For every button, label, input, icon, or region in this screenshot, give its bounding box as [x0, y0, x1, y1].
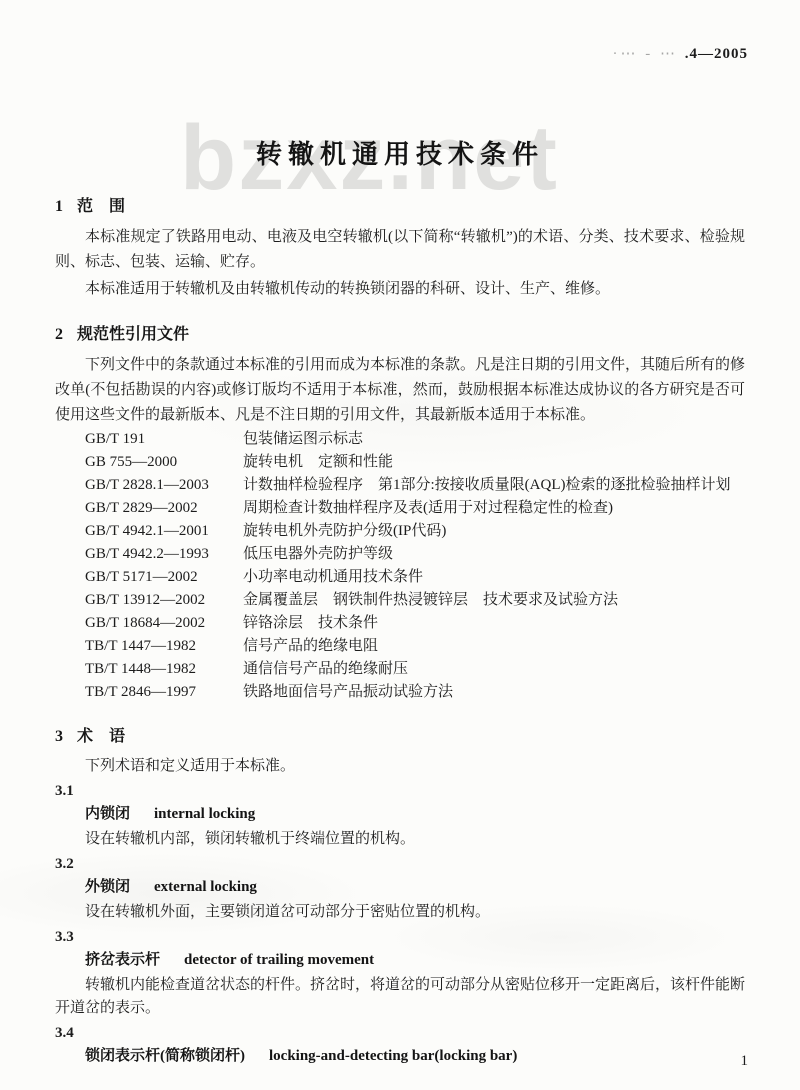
paragraph: 设在转辙机外面，主要锁闭道岔可动部分于密贴位置的机构。	[55, 901, 745, 924]
section-number: 2	[55, 326, 63, 343]
reference-item: GB/T 4942.1—2001旋转电机外壳防护分级(IP代码)	[55, 520, 745, 543]
reference-item: GB/T 18684—2002锌铬涂层 技术条件	[55, 612, 745, 635]
paragraph: 设在转辙机内部，锁闭转辙机于终端位置的机构。	[55, 828, 745, 851]
term-line: 锁闭表示杆(简称锁闭杆)locking-and-detecting bar(lo…	[55, 1045, 745, 1068]
term-chinese: 锁闭表示杆(简称锁闭杆)	[85, 1048, 245, 1064]
term-chinese: 内锁闭	[85, 806, 130, 822]
reference-item: TB/T 1447—1982信号产品的绝缘电阻	[55, 635, 745, 658]
reference-title: 金属覆盖层 钢铁制件热浸镀锌层 技术要求及试验方法	[243, 592, 618, 608]
reference-title: 低压电器外壳防护等级	[243, 546, 393, 562]
reference-item: GB/T 4942.2—1993低压电器外壳防护等级	[55, 543, 745, 566]
reference-title: 锌铬涂层 技术条件	[243, 615, 378, 631]
reference-item: GB/T 13912—2002金属覆盖层 钢铁制件热浸镀锌层 技术要求及试验方法	[55, 589, 745, 612]
reference-title: 旋转电机外壳防护分级(IP代码)	[243, 523, 446, 539]
term-line: 内锁闭internal locking	[55, 803, 745, 826]
reference-title: 计数抽样检验程序 第1部分:按接收质量限(AQL)检索的逐批检验抽样计划	[243, 477, 731, 493]
document-content: 转辙机通用技术条件 1范 围本标准规定了铁路用电动、电液及电空转辙机(以下简称“…	[0, 0, 800, 1068]
page-number: 1	[741, 1053, 749, 1070]
clause-number: 3.4	[55, 1022, 745, 1045]
reference-code: TB/T 2846—1997	[85, 681, 243, 704]
term-english: internal locking	[154, 806, 255, 822]
reference-item: GB/T 2828.1—2003计数抽样检验程序 第1部分:按接收质量限(AQL…	[55, 474, 745, 497]
term-english: locking-and-detecting bar(locking bar)	[269, 1048, 517, 1064]
term-chinese: 挤岔表示杆	[85, 952, 160, 968]
paragraph: 本标准规定了铁路用电动、电液及电空转辙机(以下简称“转辙机”)的术语、分类、技术…	[55, 225, 745, 275]
reference-item: GB/T 2829—2002周期检查计数抽样程序及表(适用于对过程稳定性的检查)	[55, 497, 745, 520]
reference-item: TB/T 2846—1997铁路地面信号产品振动试验方法	[55, 681, 745, 704]
reference-title: 旋转电机 定额和性能	[243, 454, 393, 470]
section-title: 术 语	[77, 728, 125, 745]
term-line: 挤岔表示杆detector of trailing movement	[55, 949, 745, 972]
reference-title: 包装储运图示标志	[243, 431, 363, 447]
reference-item: GB/T 5171—2002小功率电动机通用技术条件	[55, 566, 745, 589]
section-heading: 1范 围	[55, 194, 745, 219]
term-english: detector of trailing movement	[184, 952, 374, 968]
reference-code: GB/T 4942.1—2001	[85, 520, 243, 543]
reference-code: GB/T 5171—2002	[85, 566, 243, 589]
paragraph: 下列文件中的条款通过本标准的引用而成为本标准的条款。凡是注日期的引用文件，其随后…	[55, 353, 745, 428]
section-number: 1	[55, 198, 63, 215]
reference-item: GB/T 191包装储运图示标志	[55, 428, 745, 451]
section-title: 范 围	[77, 198, 125, 215]
document-page: ·⋯ ‑ ⋯ .4—2005 bzxz.net 转辙机通用技术条件 1范 围本标…	[0, 0, 800, 1090]
document-title: 转辙机通用技术条件	[55, 136, 745, 174]
section-heading: 3术 语	[55, 724, 745, 749]
clause-number: 3.2	[55, 853, 745, 876]
reference-title: 通信信号产品的绝缘耐压	[243, 661, 408, 677]
reference-title: 小功率电动机通用技术条件	[243, 569, 423, 585]
reference-code: TB/T 1447—1982	[85, 635, 243, 658]
reference-code: GB 755—2000	[85, 451, 243, 474]
reference-item: GB 755—2000旋转电机 定额和性能	[55, 451, 745, 474]
reference-code: GB/T 2828.1—2003	[85, 474, 243, 497]
section-number: 3	[55, 728, 63, 745]
reference-code: GB/T 13912—2002	[85, 589, 243, 612]
section-title: 规范性引用文件	[77, 326, 189, 343]
paragraph: 下列术语和定义适用于本标准。	[55, 755, 745, 778]
reference-code: GB/T 4942.2—1993	[85, 543, 243, 566]
reference-code: GB/T 191	[85, 428, 243, 451]
section-heading: 2规范性引用文件	[55, 322, 745, 347]
reference-code: GB/T 2829—2002	[85, 497, 243, 520]
document-body: 1范 围本标准规定了铁路用电动、电液及电空转辙机(以下简称“转辙机”)的术语、分…	[55, 194, 745, 1068]
term-chinese: 外锁闭	[85, 879, 130, 895]
paragraph: 转辙机内能检查道岔状态的杆件。挤岔时，将道岔的可动部分从密贴位移开一定距离后，该…	[55, 974, 745, 1020]
reference-code: GB/T 18684—2002	[85, 612, 243, 635]
clause-number: 3.1	[55, 780, 745, 803]
reference-title: 信号产品的绝缘电阻	[243, 638, 378, 654]
term-line: 外锁闭external locking	[55, 876, 745, 899]
reference-title: 周期检查计数抽样程序及表(适用于对过程稳定性的检查)	[243, 500, 613, 516]
term-english: external locking	[154, 879, 257, 895]
clause-number: 3.3	[55, 926, 745, 949]
reference-code: TB/T 1448—1982	[85, 658, 243, 681]
reference-title: 铁路地面信号产品振动试验方法	[243, 684, 453, 700]
reference-item: TB/T 1448—1982通信信号产品的绝缘耐压	[55, 658, 745, 681]
paragraph: 本标准适用于转辙机及由转辙机传动的转换锁闭器的科研、设计、生产、维修。	[55, 277, 745, 302]
